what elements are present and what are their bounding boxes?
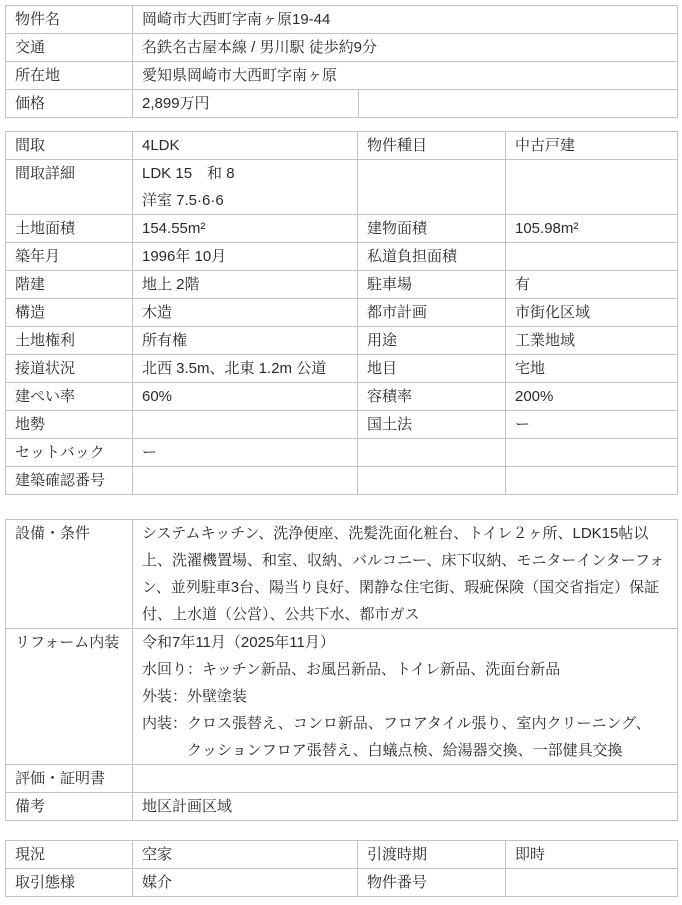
- structure-label: 構造: [6, 299, 133, 327]
- table-row: 地勢国土法ー: [6, 411, 678, 439]
- layout-detail-value: LDK 15 和 8 洋室 7.5·6·6: [133, 160, 358, 215]
- table-row: 間取4LDK物件種目中古戸建: [6, 132, 678, 160]
- empty-cell: [358, 467, 506, 495]
- building-confirmation-number-label: 建築確認番号: [6, 467, 133, 495]
- building-area-value: 105.98m²: [506, 215, 678, 243]
- table-row: セットバックー: [6, 439, 678, 467]
- table-row: リフォーム内装令和7年11月（2025年11月） 水回り：キッチン新品、お風呂新…: [6, 629, 678, 765]
- city-planning-label: 都市計画: [358, 299, 506, 327]
- road-access-value: 北西 3.5m、北東 1.2m 公道: [133, 355, 358, 383]
- built-date-value: 1996年 10月: [133, 243, 358, 271]
- property-type-value: 中古戸建: [506, 132, 678, 160]
- setback-label: セットバック: [6, 439, 133, 467]
- table-row: 建ぺい率60%容積率200%: [6, 383, 678, 411]
- coverage-ratio-label: 建ぺい率: [6, 383, 133, 411]
- remarks-label: 備考: [6, 793, 133, 821]
- land-area-label: 土地面積: [6, 215, 133, 243]
- topography-value: [133, 411, 358, 439]
- layout-value: 4LDK: [133, 132, 358, 160]
- land-area-value: 154.55m²: [133, 215, 358, 243]
- transport-value: 名鉄名古屋本線 / 男川駅 徒歩約9分: [133, 34, 678, 62]
- property-spec-table: 間取4LDK物件種目中古戸建間取詳細LDK 15 和 8 洋室 7.5·6·6土…: [5, 131, 678, 495]
- price-value: 2,899万円: [133, 90, 359, 118]
- land-category-value: 宅地: [506, 355, 678, 383]
- topography-label: 地勢: [6, 411, 133, 439]
- built-date-label: 築年月: [6, 243, 133, 271]
- price-label: 価格: [6, 90, 133, 118]
- table-row: 土地面積154.55m²建物面積105.98m²: [6, 215, 678, 243]
- table-row: 取引態様媒介物件番号: [6, 869, 678, 897]
- property-summary-table: 物件名岡崎市大西町字南ヶ原19-44交通名鉄名古屋本線 / 男川駅 徒歩約9分所…: [5, 5, 678, 118]
- table-row: 建築確認番号: [6, 467, 678, 495]
- zoning-label: 用途: [358, 327, 506, 355]
- renovation-label: リフォーム内装: [6, 629, 133, 765]
- table-row: 設備・条件システムキッチン、洗浄便座、洗髪洗面化粧台、トイレ２ヶ所、LDK15帖…: [6, 520, 678, 629]
- land-rights-value: 所有権: [133, 327, 358, 355]
- private-road-value: [506, 243, 678, 271]
- layout-label: 間取: [6, 132, 133, 160]
- coverage-ratio-value: 60%: [133, 383, 358, 411]
- floor-area-ratio-label: 容積率: [358, 383, 506, 411]
- transaction-type-value: 媒介: [133, 869, 358, 897]
- empty-cell: [506, 439, 678, 467]
- table-row: 備考地区計画区域: [6, 793, 678, 821]
- parking-label: 駐車場: [358, 271, 506, 299]
- table-row: 階建地上 2階駐車場有: [6, 271, 678, 299]
- road-access-label: 接道状況: [6, 355, 133, 383]
- current-status-value: 空家: [133, 841, 358, 869]
- certificates-value: [133, 765, 678, 793]
- table-row: 築年月1996年 10月私道負担面積: [6, 243, 678, 271]
- structure-value: 木造: [133, 299, 358, 327]
- empty-cell: [358, 439, 506, 467]
- floor-area-ratio-value: 200%: [506, 383, 678, 411]
- land-rights-label: 土地権利: [6, 327, 133, 355]
- empty-cell: [506, 467, 678, 495]
- layout-detail-label: 間取詳細: [6, 160, 133, 215]
- national-land-law-label: 国土法: [358, 411, 506, 439]
- city-planning-value: 市街化区域: [506, 299, 678, 327]
- empty-cell: [506, 160, 678, 215]
- property-name-label: 物件名: [6, 6, 133, 34]
- address-label: 所在地: [6, 62, 133, 90]
- building-confirmation-number-value: [133, 467, 358, 495]
- renovation-value: 令和7年11月（2025年11月） 水回り：キッチン新品、お風呂新品、トイレ新品…: [133, 629, 678, 765]
- parking-value: 有: [506, 271, 678, 299]
- stories-label: 階建: [6, 271, 133, 299]
- empty-cell: [358, 160, 506, 215]
- setback-value: ー: [133, 439, 358, 467]
- facilities-label: 設備・条件: [6, 520, 133, 629]
- certificates-label: 評価・証明書: [6, 765, 133, 793]
- land-category-label: 地目: [358, 355, 506, 383]
- table-row: 現況空家引渡時期即時: [6, 841, 678, 869]
- table-row: 間取詳細LDK 15 和 8 洋室 7.5·6·6: [6, 160, 678, 215]
- table-row: 価格2,899万円: [6, 90, 678, 118]
- handover-value: 即時: [506, 841, 678, 869]
- transport-label: 交通: [6, 34, 133, 62]
- property-number-value: [506, 869, 678, 897]
- table-row: 評価・証明書: [6, 765, 678, 793]
- property-type-label: 物件種目: [358, 132, 506, 160]
- table-row: 土地権利所有権用途工業地域: [6, 327, 678, 355]
- table-row: 接道状況北西 3.5m、北東 1.2m 公道地目宅地: [6, 355, 678, 383]
- remarks-value: 地区計画区域: [133, 793, 678, 821]
- national-land-law-value: ー: [506, 411, 678, 439]
- facilities-value: システムキッチン、洗浄便座、洗髪洗面化粧台、トイレ２ヶ所、LDK15帖以上、洗濯…: [133, 520, 678, 629]
- current-status-label: 現況: [6, 841, 133, 869]
- handover-label: 引渡時期: [358, 841, 506, 869]
- transaction-type-label: 取引態様: [6, 869, 133, 897]
- address-value: 愛知県岡崎市大西町字南ヶ原: [133, 62, 678, 90]
- status-table: 現況空家引渡時期即時取引態様媒介物件番号: [5, 840, 678, 897]
- features-remarks-table: 設備・条件システムキッチン、洗浄便座、洗髪洗面化粧台、トイレ２ヶ所、LDK15帖…: [5, 519, 678, 821]
- property-detail-sheet: 物件名岡崎市大西町字南ヶ原19-44交通名鉄名古屋本線 / 男川駅 徒歩約9分所…: [0, 0, 682, 905]
- table-row: 交通名鉄名古屋本線 / 男川駅 徒歩約9分: [6, 34, 678, 62]
- table-row: 所在地愛知県岡崎市大西町字南ヶ原: [6, 62, 678, 90]
- table-row: 構造木造都市計画市街化区域: [6, 299, 678, 327]
- private-road-label: 私道負担面積: [358, 243, 506, 271]
- stories-value: 地上 2階: [133, 271, 358, 299]
- building-area-label: 建物面積: [358, 215, 506, 243]
- property-number-label: 物件番号: [358, 869, 506, 897]
- zoning-value: 工業地域: [506, 327, 678, 355]
- table-row: 物件名岡崎市大西町字南ヶ原19-44: [6, 6, 678, 34]
- property-name-value: 岡崎市大西町字南ヶ原19-44: [133, 6, 678, 34]
- price-empty-cell: [359, 90, 678, 118]
